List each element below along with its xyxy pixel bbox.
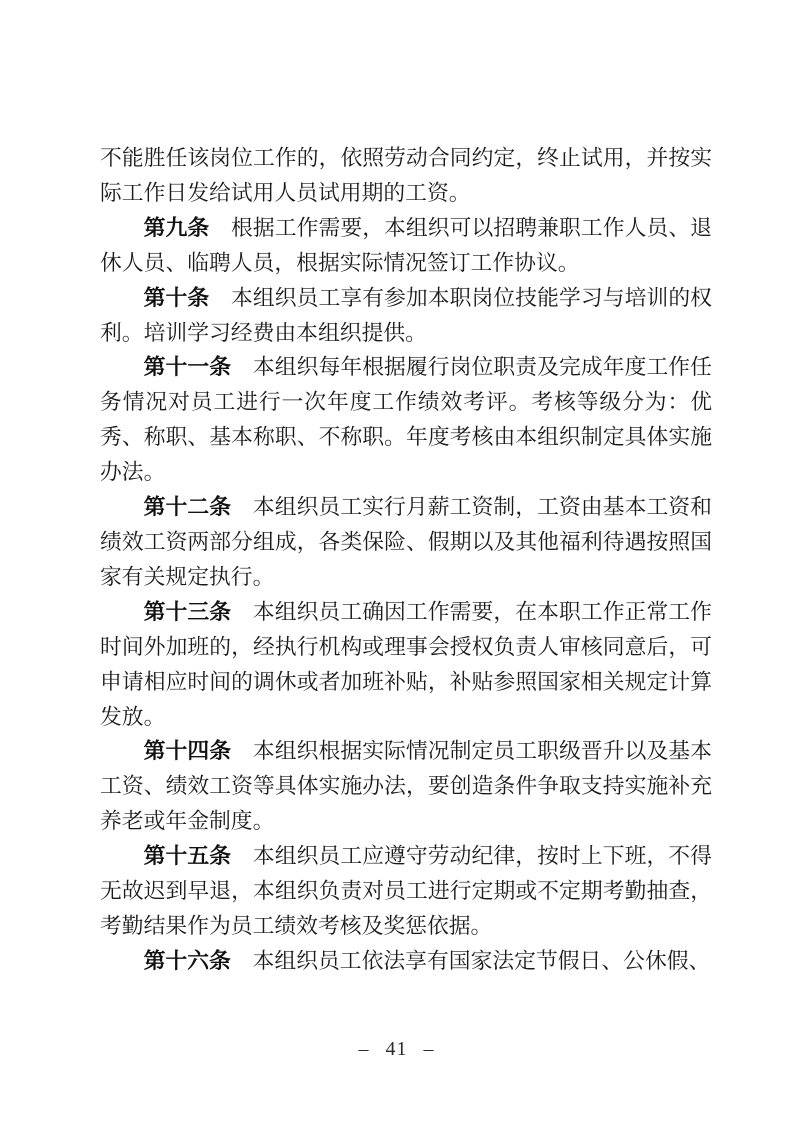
article-13-number: 第十三条 — [144, 600, 231, 624]
article-15-number: 第十五条 — [144, 844, 231, 868]
page-footer: – 41 – — [0, 1036, 793, 1062]
article-16-text: 本组织员工依法享有国家法定节假日、公休假、 — [253, 949, 711, 973]
article-13: 第十三条本组织员工确因工作需要，在本职工作正常工作时间外加班的，经执行机构或理事… — [100, 595, 712, 735]
article-12-number: 第十二条 — [144, 495, 231, 519]
article-16: 第十六条本组织员工依法享有国家法定节假日、公休假、 — [100, 944, 712, 979]
article-11: 第十一条本组织每年根据履行岗位职责及完成年度工作任务情况对员工进行一次年度工作绩… — [100, 350, 712, 490]
article-15: 第十五条本组织员工应遵守劳动纪律，按时上下班，不得无故迟到早退，本组织负责对员工… — [100, 839, 712, 944]
article-11-number: 第十一条 — [144, 355, 231, 379]
paragraph-continuation: 不能胜任该岗位工作的，依照劳动合同约定，终止试用，并按实际工作日发给试用人员试用… — [100, 141, 712, 211]
article-14: 第十四条本组织根据实际情况制定员工职级晋升以及基本工资、绩效工资等具体实施办法，… — [100, 734, 712, 839]
article-9-number: 第九条 — [144, 216, 210, 240]
article-16-number: 第十六条 — [144, 949, 231, 973]
article-12: 第十二条本组织员工实行月薪工资制，工资由基本工资和绩效工资两部分组成，各类保险、… — [100, 490, 712, 595]
article-10: 第十条本组织员工享有参加本职岗位技能学习与培训的权利。培训学习经费由本组织提供。 — [100, 281, 712, 351]
article-9: 第九条根据工作需要，本组织可以招聘兼职工作人员、退休人员、临聘人员，根据实际情况… — [100, 211, 712, 281]
article-14-number: 第十四条 — [144, 739, 231, 763]
document-text: 不能胜任该岗位工作的，依照劳动合同约定，终止试用，并按实际工作日发给试用人员试用… — [100, 141, 712, 979]
page-number: – 41 – — [359, 1038, 435, 1060]
document-page: 不能胜任该岗位工作的，依照劳动合同约定，终止试用，并按实际工作日发给试用人员试用… — [0, 0, 793, 1122]
paragraph-text: 不能胜任该岗位工作的，依照劳动合同约定，终止试用，并按实际工作日发给试用人员试用… — [100, 146, 712, 205]
article-10-number: 第十条 — [144, 286, 210, 310]
